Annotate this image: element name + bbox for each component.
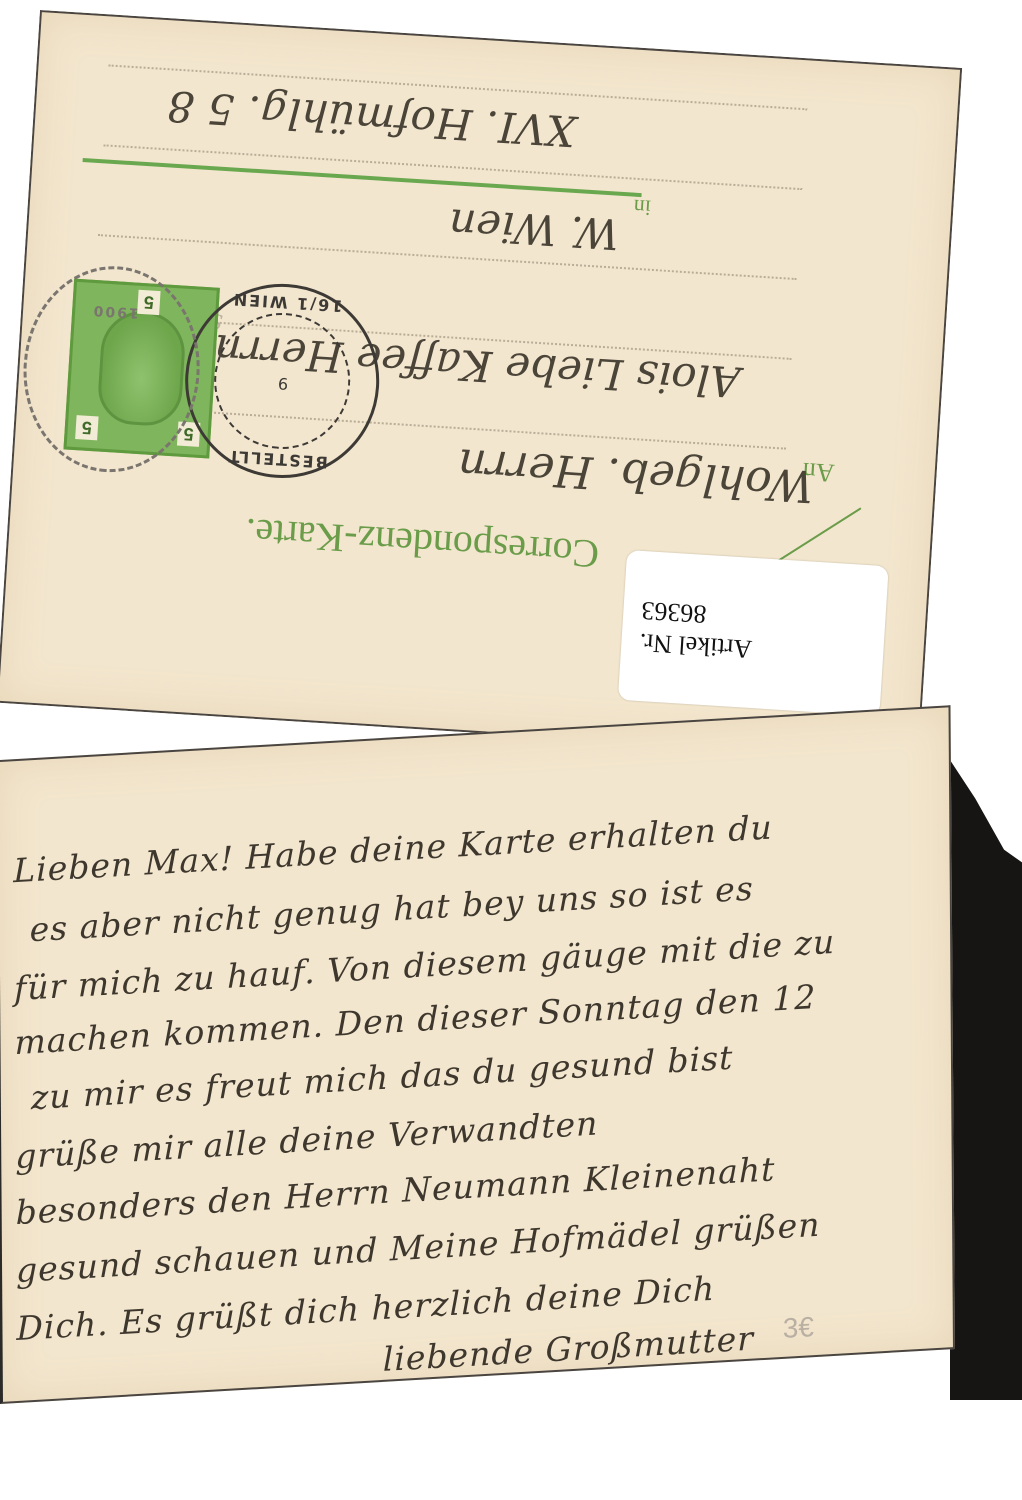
postcard-message-side: Lieben Max! Habe deine Karte erhalten du… (0, 705, 955, 1404)
printed-card-title: Correspondenz-Karte. (244, 509, 601, 578)
dark-background-strip (950, 760, 1022, 1400)
article-label-title: Artikel Nr. (639, 627, 753, 664)
article-number-label: Artikel Nr. 86363 (618, 550, 889, 716)
pencil-price-note: 3€ (783, 1311, 814, 1345)
address-handwriting-3: W. Wien (448, 199, 621, 259)
address-handwriting-4: XVI. Hofmühlg. 5 8 (166, 81, 577, 156)
postmark-secondary-text: 1900 (30, 298, 201, 325)
postcard-address-side: Correspondenz-Karte. An in Abs Wohlgeb. … (0, 10, 962, 761)
green-rule (83, 158, 642, 197)
printed-in: in (633, 194, 652, 221)
address-handwriting-1: Wohlgeb. Herrn (456, 438, 815, 511)
message-signature: liebende Großmutter (383, 1319, 754, 1379)
address-side-content: Correspondenz-Karte. An in Abs Wohlgeb. … (0, 12, 960, 758)
article-number: 86363 (641, 595, 708, 629)
